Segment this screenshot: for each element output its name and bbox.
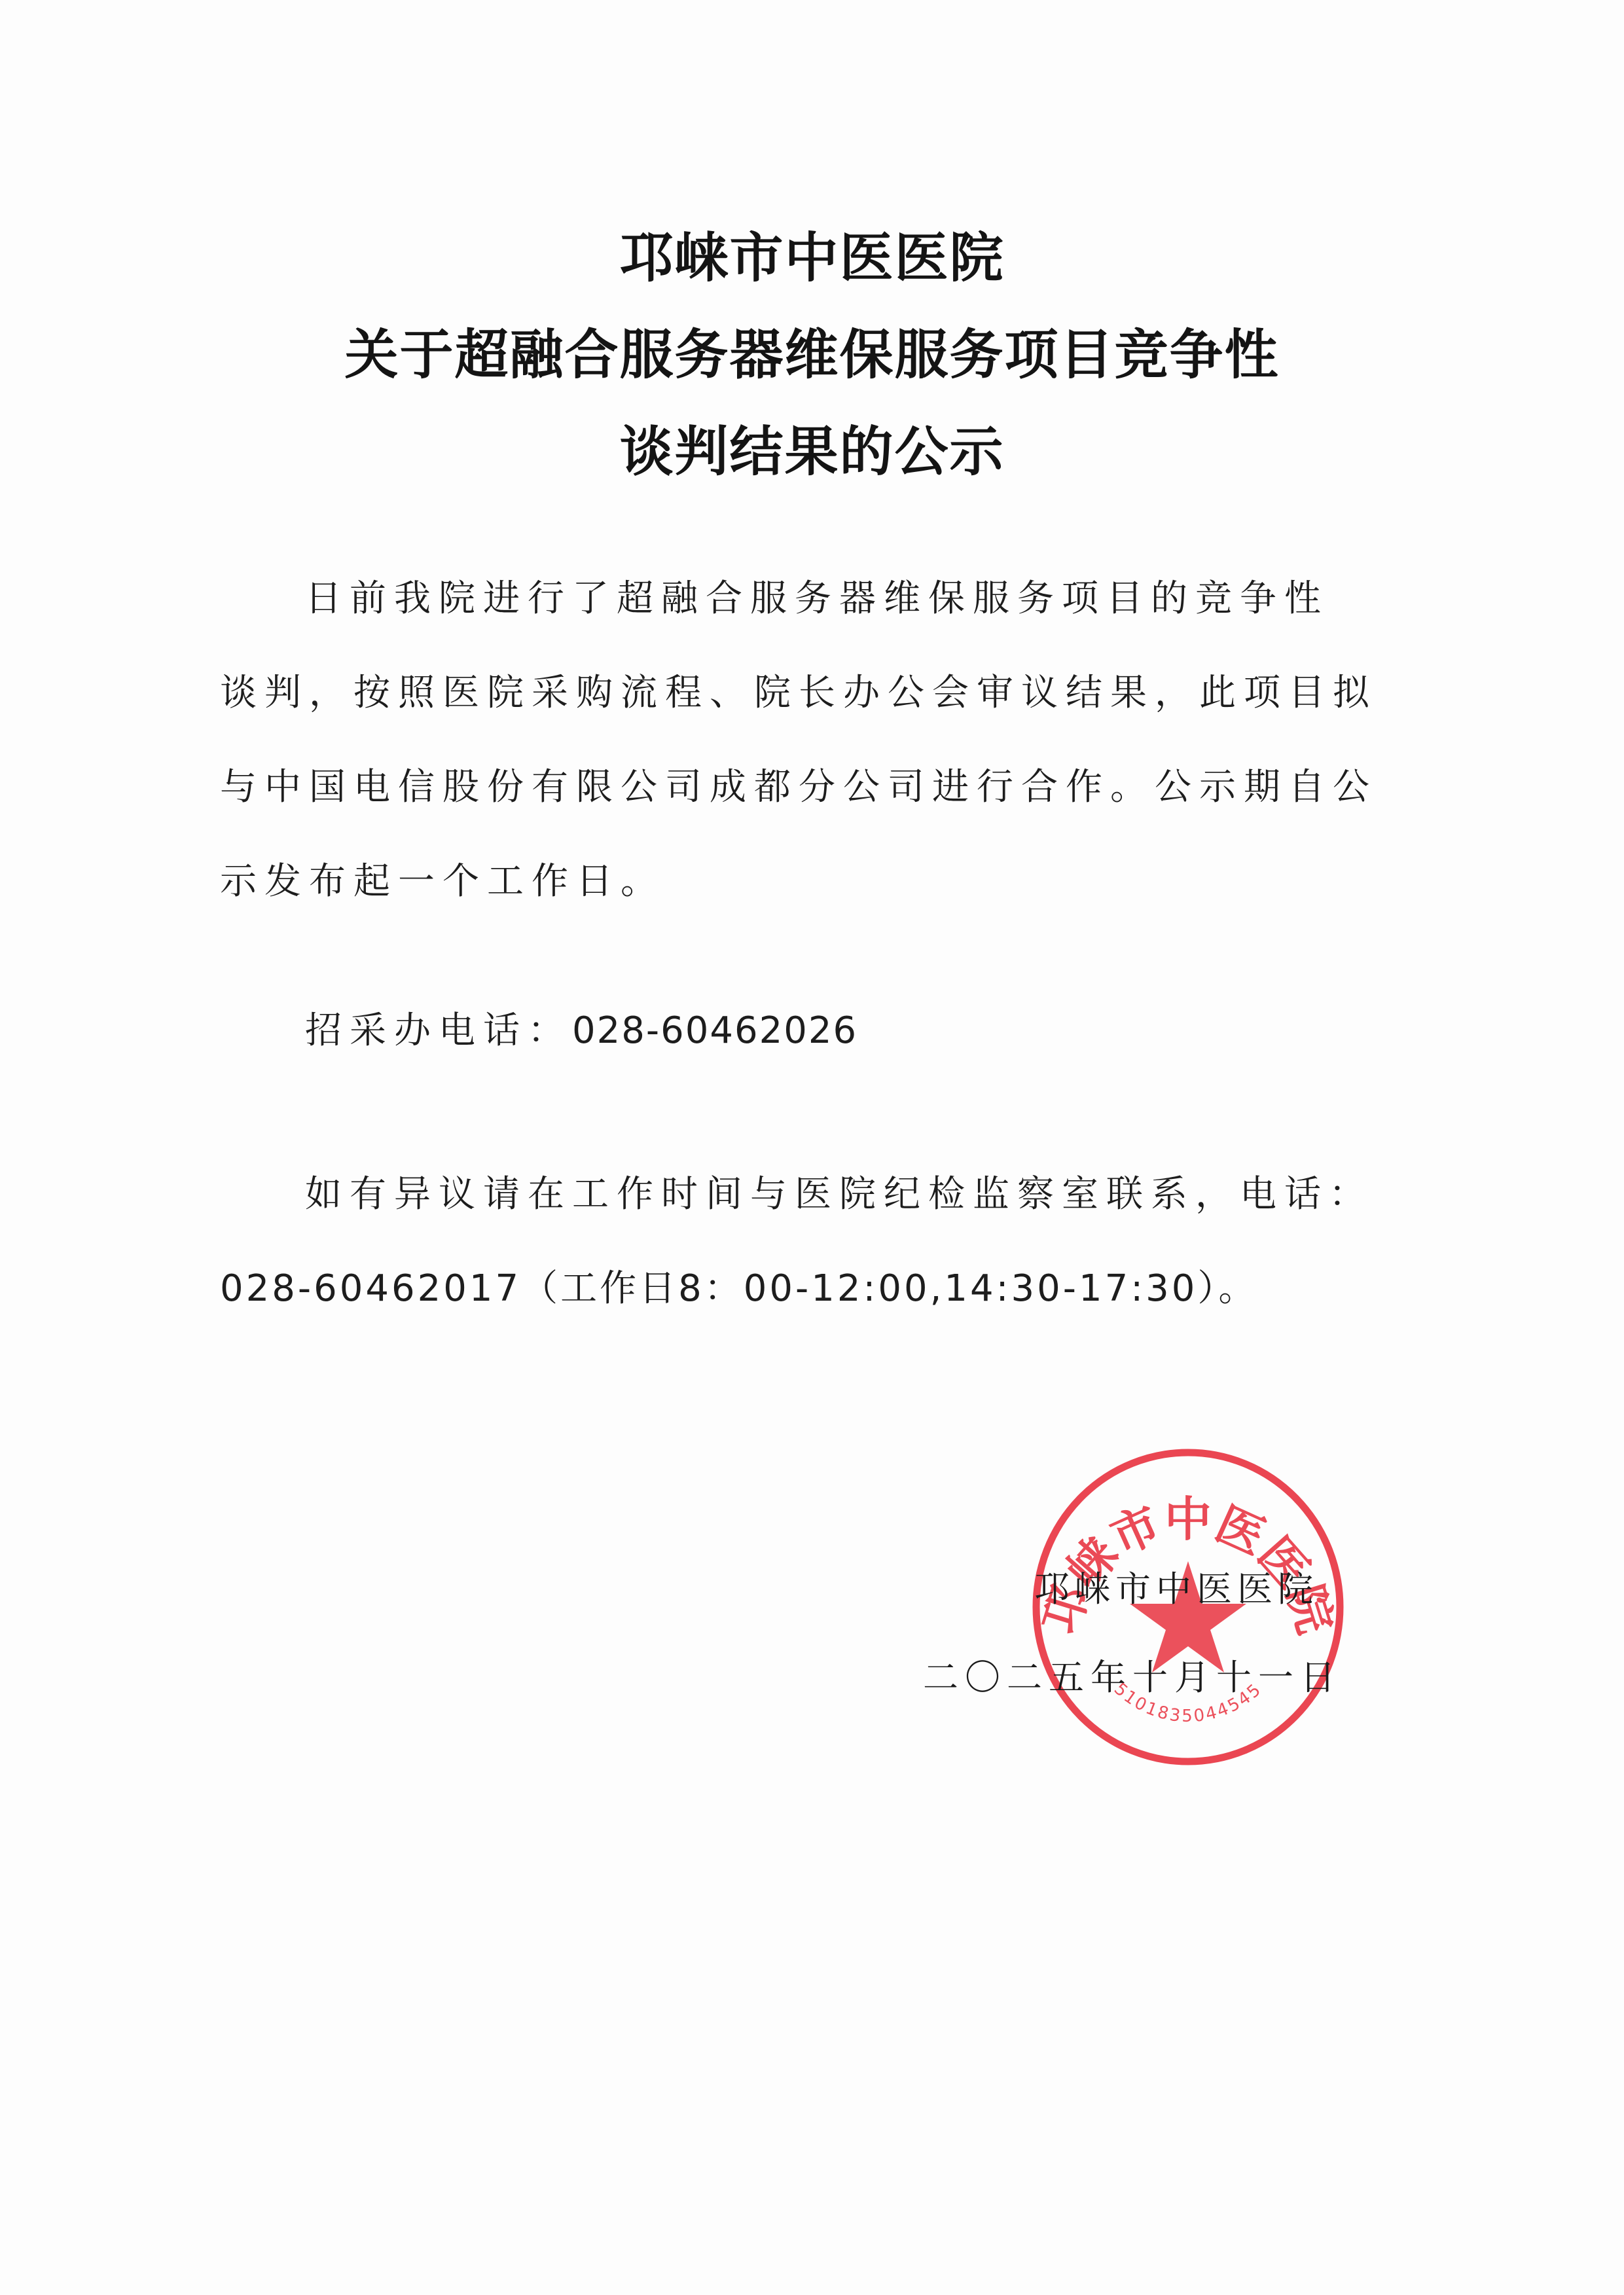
objection-notice: 如有异议请在工作时间与医院纪检监察室联系，电话： 028-60462017（工作… — [220, 1172, 1372, 1360]
procurement-contact-phone: 028-60462026 — [572, 1009, 857, 1052]
objection-line: 如有异议请在工作时间与医院纪检监察室联系，电话： — [220, 1172, 1372, 1266]
paragraph-line: 日前我院进行了超融合服务器维保服务项目的竞争性 — [220, 576, 1372, 670]
paragraph-line: 与中国电信股份有限公司成都分公司进行合作。公示期自公 — [220, 765, 1372, 859]
objection-phone-line: 028-60462017（工作日8：00-12:00,14:30-17:30）。 — [220, 1266, 1372, 1360]
title-line-hospital: 邛崃市中医医院 — [0, 209, 1624, 306]
document-page: 邛崃市中医医院 关于超融合服务器维保服务项目竞争性 谈判结果的公示 日前我院进行… — [0, 0, 1624, 2295]
announcement-paragraph: 日前我院进行了超融合服务器维保服务项目的竞争性 谈判，按照医院采购流程、院长办公… — [220, 576, 1372, 953]
title-line-subject: 关于超融合服务器维保服务项目竞争性 — [0, 306, 1624, 403]
title-line-announcement: 谈判结果的公示 — [0, 403, 1624, 500]
signature-organization: 邛崃市中医医院 — [1034, 1561, 1318, 1612]
paragraph-line: 谈判，按照医院采购流程、院长办公会审议结果，此项目拟 — [220, 670, 1372, 765]
paragraph-line: 示发布起一个工作日。 — [220, 859, 1372, 953]
signature-date: 二〇二五年十月十一日 — [923, 1650, 1342, 1700]
procurement-contact: 招采办电话：028-60462026 — [220, 1008, 1457, 1054]
document-title: 邛崃市中医医院 关于超融合服务器维保服务项目竞争性 谈判结果的公示 — [0, 209, 1624, 500]
procurement-contact-label: 招采办电话： — [305, 1009, 572, 1052]
